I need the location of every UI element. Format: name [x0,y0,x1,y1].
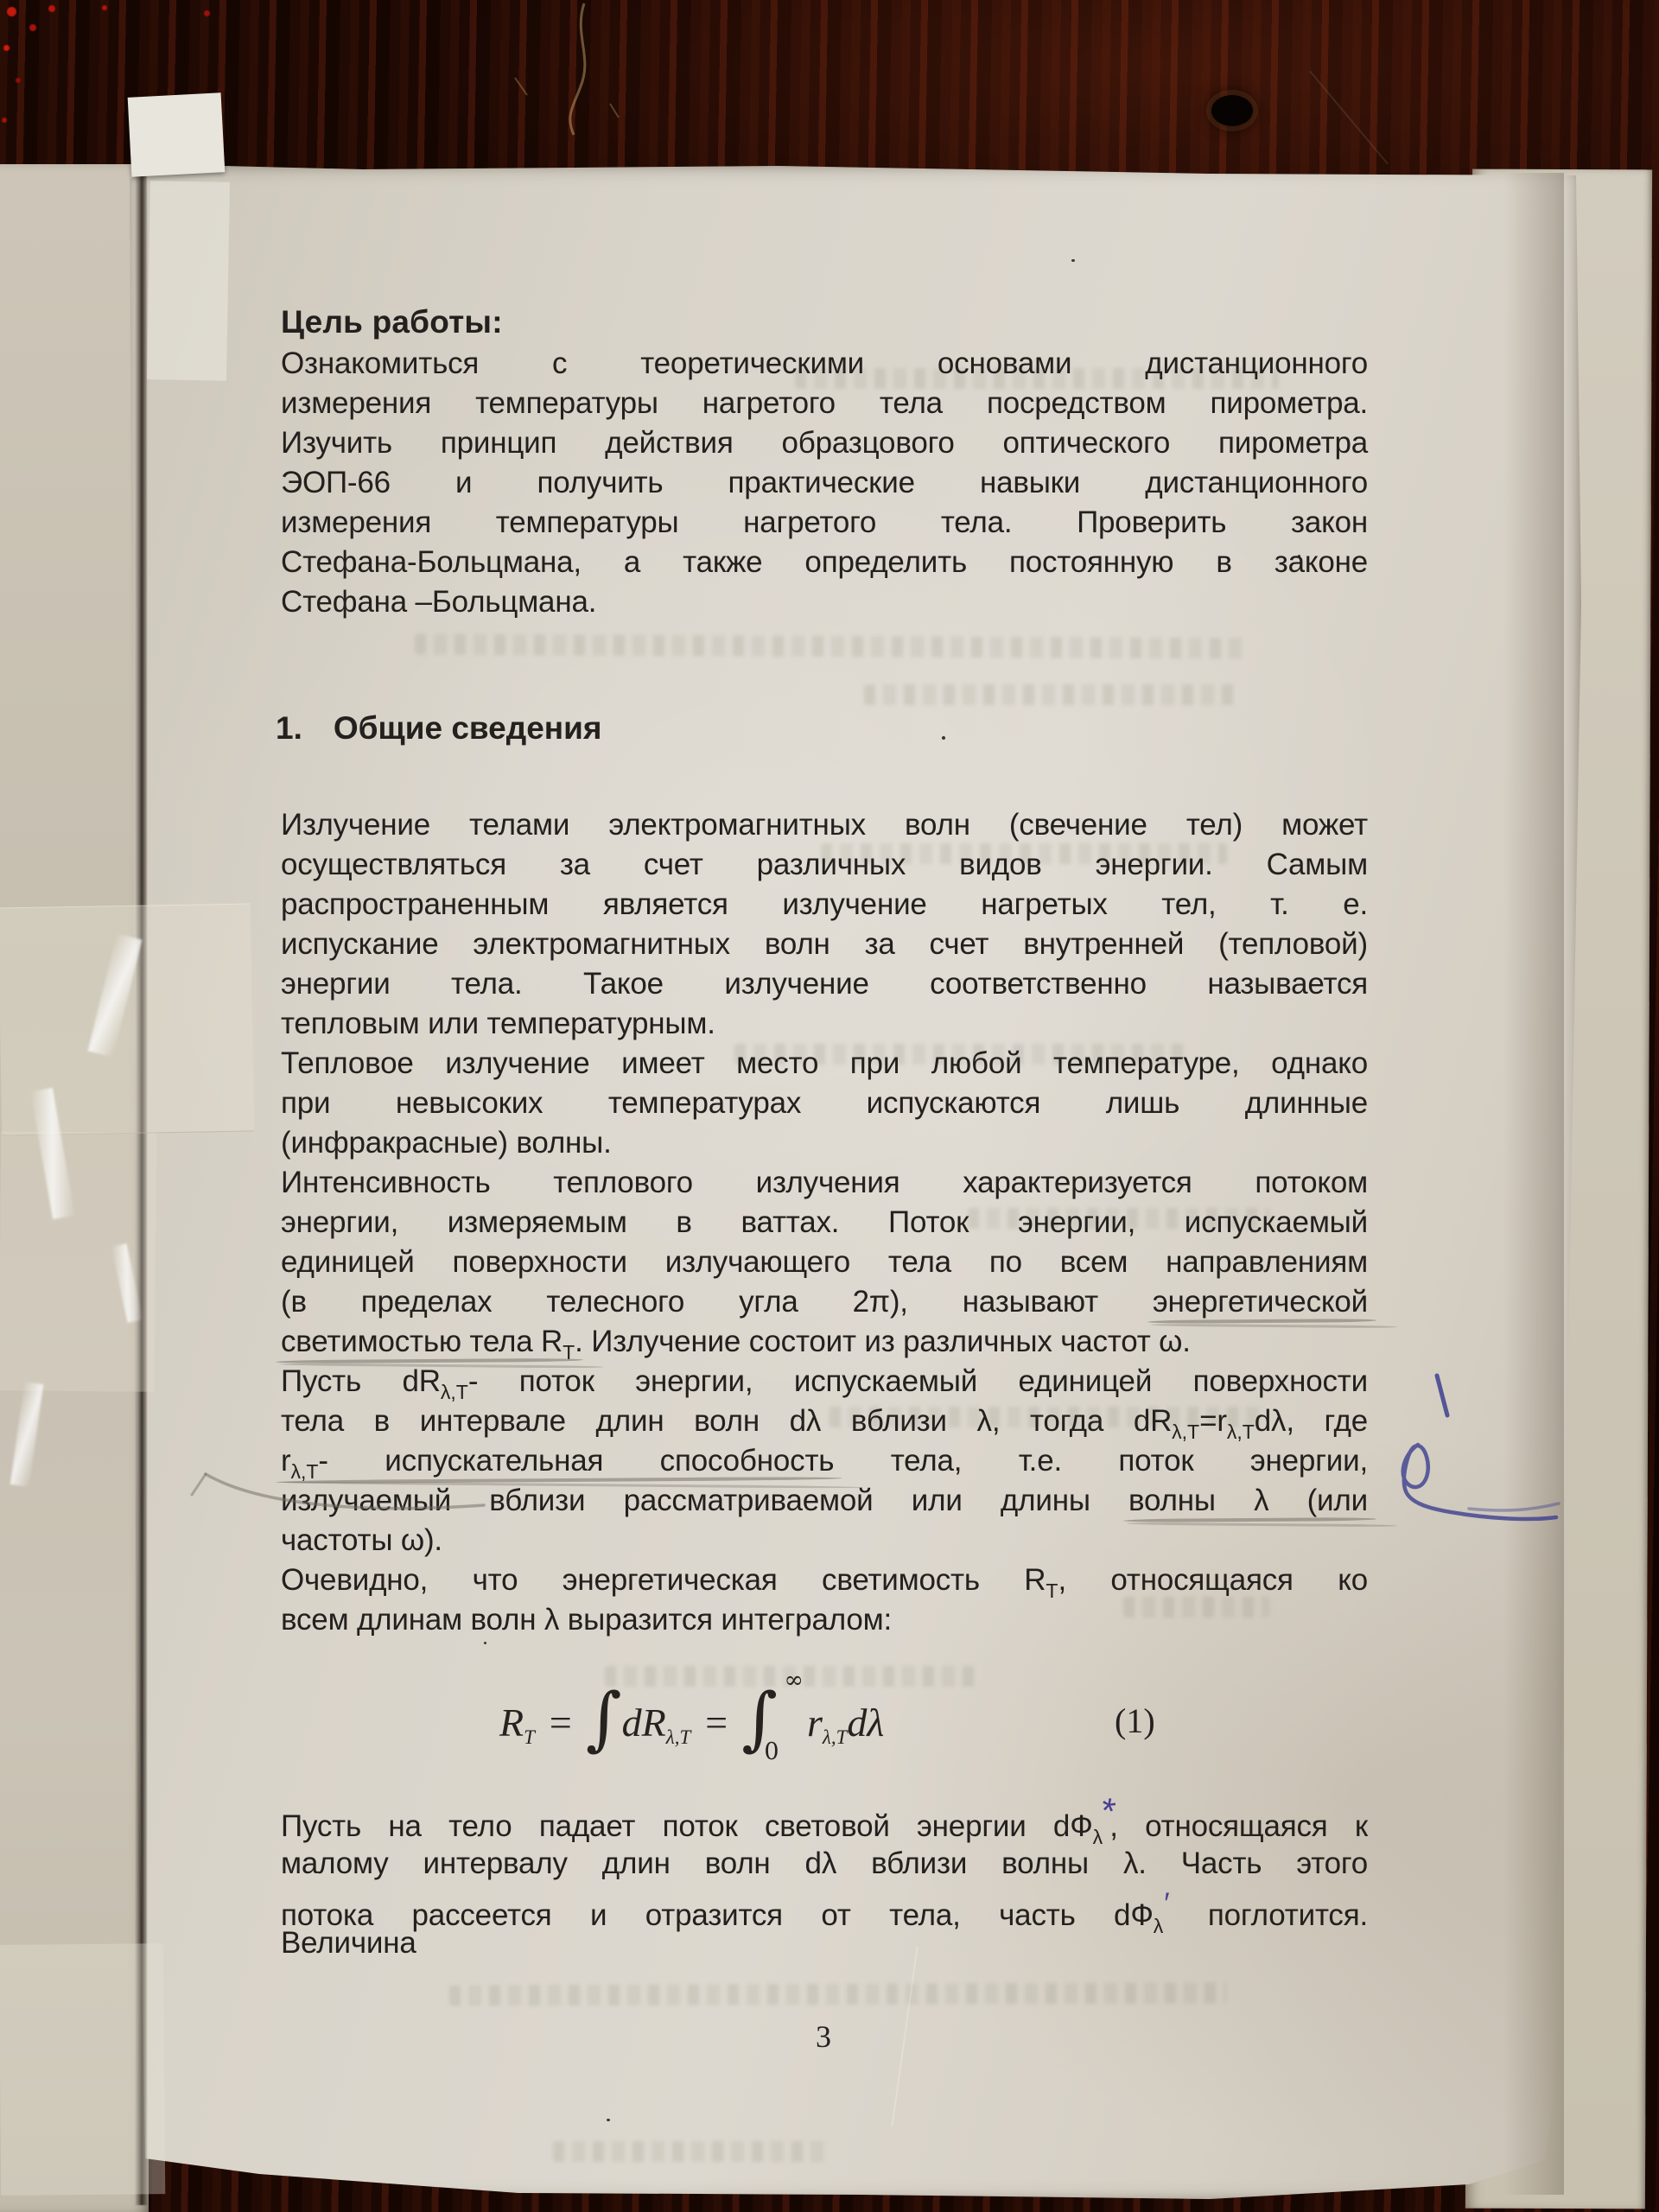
pencil-underlined-text: энергетической [1153,1285,1368,1319]
text-line: Излучение телами электромагнитных волн (… [281,805,1368,845]
equation-number: (1) [1115,1700,1155,1741]
text-line: измерения температуры нагретого тела. Пр… [281,503,1368,543]
section-number: 1. [276,710,302,746]
page-title: Цель работы: [281,304,503,340]
lower-limit-zero: 0 [764,1740,779,1764]
body-paragraph-group: Излучение телами электромагнитных волн (… [281,805,1368,1640]
paragraph-luminosity-integral: Очевидно, что энергетическая светимость … [281,1560,1368,1640]
handwritten-prime: ′ [1164,1887,1169,1920]
paragraph-incident-flux: Пусть на тело падает поток световой энер… [281,1804,1368,1963]
red-paint-speck [204,10,210,16]
paper-crease [1309,71,1389,165]
text-line: (инфракрасные) волны. [281,1123,1368,1163]
upper-limit-infinity: ∞ [785,1669,804,1692]
text-column: Цель работы: Ознакомиться с теоретически… [281,161,1368,2209]
text-line: Стефана –Больцмана. [281,582,1368,622]
paragraph-intensity: Интенсивность теплового излучения характ… [281,1163,1368,1362]
pencil-underlined-text: rλ,Т- испускательная способность [281,1444,834,1478]
wood-knot [1211,95,1253,126]
text-line: энергии тела. Такое излучение соответств… [281,964,1368,1004]
text-line: малому интервалу длин волн dλ вблизи вол… [281,1844,1368,1884]
text-line: Тепловое излучение имеет место при любой… [281,1044,1368,1084]
paragraph-thermal-radiation: Тепловое излучение имеет место при любой… [281,1044,1368,1163]
red-paint-speck [16,78,21,83]
pencil-underlined-text: волны λ (или [1128,1484,1368,1517]
text-line: потока рассеется и отразится от тела, ча… [281,1884,1368,1923]
text-line: ЭОП-66 и получить практические навыки ди… [281,463,1368,503]
text-line: при невысоких температурах испускаются л… [281,1084,1368,1123]
text-line: измерения температуры нагретого тела пос… [281,384,1368,423]
paragraph-radiation-intro: Излучение телами электромагнитных волн (… [281,805,1368,1044]
text-line: частоты ω). [281,1521,1368,1560]
paragraph-goal: Ознакомиться с теоретическими основами д… [281,344,1368,622]
text-line: светимостью тела RТ. Излучение состоит и… [281,1322,1368,1362]
text-line: энергии, измеряемым в ваттах. Поток энер… [281,1203,1368,1243]
formula-term2: rλ,T [807,1700,847,1745]
equation-body: RT = ∫ dRλ,T = ∫∞0 rλ,T dλ [499,1657,884,1787]
text-line: (в пределах телесного угла 2π), называют… [281,1282,1368,1322]
text-line: тела в интервале длин волн dλ вблизи λ, … [281,1402,1368,1441]
text-line: Интенсивность теплового излучения характ… [281,1163,1368,1203]
text-line: единицей поверхности излучающего тела по… [281,1243,1368,1282]
text-line: всем длинам волн λ выразится интегралом: [281,1600,1368,1640]
text-line: Очевидно, что энергетическая светимость … [281,1560,1368,1600]
pencil-underlined-text: светимостью тела RТ [281,1325,575,1358]
paragraph-spectral-density: Пусть dRλ,Т- поток энергии, испускаемый … [281,1362,1368,1560]
formula-lhs: RT [499,1700,535,1745]
text-line: Пусть на тело падает поток световой энер… [281,1804,1368,1844]
flux-paragraph-group: Пусть на тело падает поток световой энер… [281,1804,1368,1963]
section-label: Общие сведения [334,710,602,746]
text-line: осуществляться за счет различных видов э… [281,845,1368,885]
equals-sign: = [547,1700,574,1745]
red-paint-speck [102,5,107,10]
red-paint-speck [29,24,36,31]
red-paint-speck [3,45,10,51]
integral-sign-with-limits: ∫∞0 [741,1684,778,1753]
red-paint-speck [7,7,16,16]
handwritten-asterisk: * [1097,1790,1118,1832]
tape-tab-top-left [128,92,226,177]
formula-term1: dRλ,T [622,1700,691,1745]
tape-patch-middle-2 [0,1131,156,1392]
photo-of-lab-manual-page: { "colors":{"wood":"#240b04","paper":"#d… [0,0,1659,2212]
text-line: тепловым или температурным. [281,1004,1368,1044]
text-line: Изучить принцип действия образцового опт… [281,423,1368,463]
goal-paragraph-group: Ознакомиться с теоретическими основами д… [281,344,1368,622]
text-line: испускание электромагнитных волн за счет… [281,925,1368,964]
red-paint-speck [2,118,7,123]
text-line: распространенным является излучение нагр… [281,885,1368,925]
red-paint-speck [48,5,55,12]
section-heading: 1.Общие сведения [276,710,601,747]
text-line: rλ,Т- испускательная способность тела, т… [281,1441,1368,1481]
page-number: 3 [798,2018,849,2055]
integral-sign: ∫ [586,1684,622,1753]
text-line: Стефана-Больцмана, а также определить по… [281,543,1368,582]
formula-term3: dλ [847,1700,884,1745]
tape-patch-corner [147,181,230,381]
text-line: Ознакомиться с теоретическими основами д… [281,344,1368,384]
equals-sign: = [702,1700,729,1745]
wood-scratch [570,3,585,135]
wood-scratch [515,78,619,118]
tape-patch-bottom [0,1943,165,2196]
equation-1: RT = ∫ dRλ,T = ∫∞0 rλ,T dλ (1) [281,1657,1368,1787]
text-line: Пусть dRλ,Т- поток энергии, испускаемый … [281,1362,1368,1402]
